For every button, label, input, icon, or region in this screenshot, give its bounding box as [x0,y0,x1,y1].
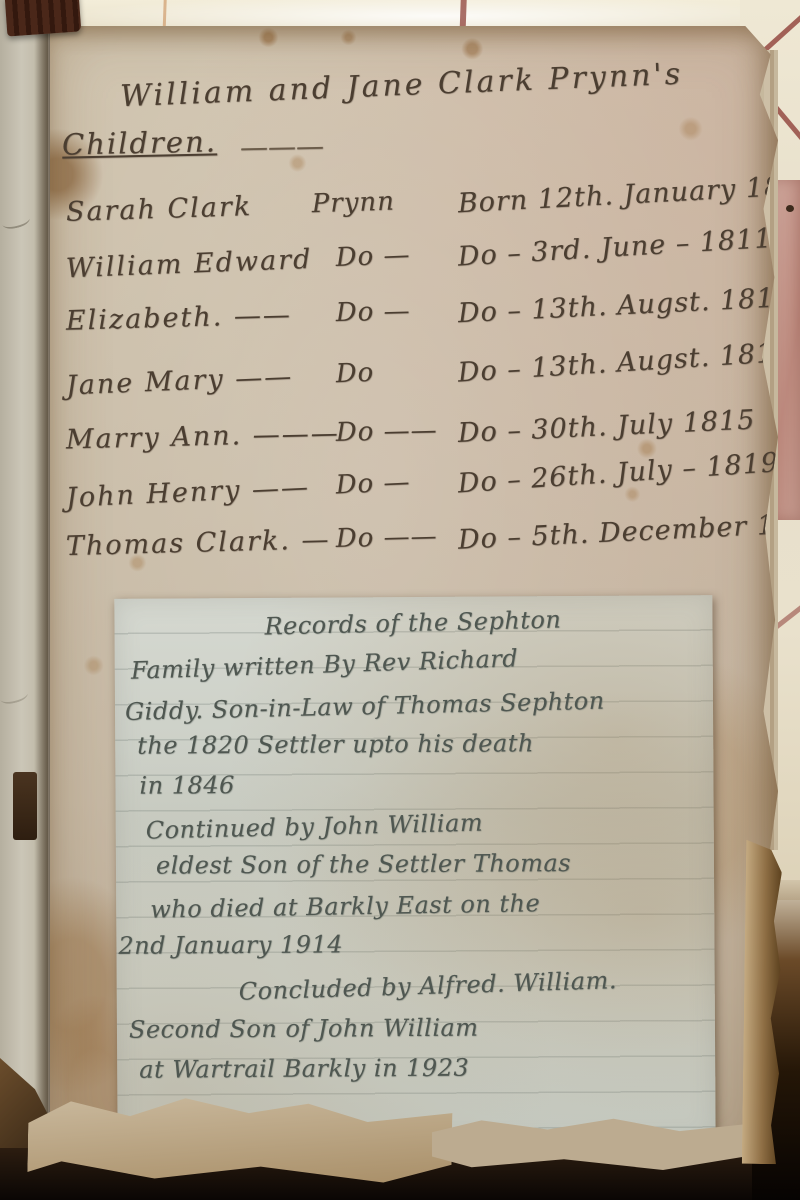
note-line: who died at Barkly East on the [150,889,540,923]
ditto-cell: Do — [335,296,411,328]
note-line: Continued by John William [145,809,483,845]
child-name: William Edward [65,244,313,284]
ink-showthrough-mark [0,687,29,706]
birth-cell: Do – 30th. July 1815 [457,405,756,449]
note-line: in 1846 [139,771,235,800]
child-name: Elizabeth. —— [65,299,292,336]
note-line: the 1820 Settler upto his death [137,729,534,759]
child-name: Jane Mary —— [65,361,293,401]
register-row: Jane Mary —— Do Do – 13th. Augst. 1817 [49,341,778,417]
note-line: Second Son of John William [129,1014,479,1044]
note-line: at Wartrail Barkly in 1923 [139,1054,469,1084]
note-line: eldest Son of the Settler Thomas [156,849,571,880]
ditto-cell: Do —— [335,521,438,554]
birth-cell: Born 12th. January 1809 [457,170,800,220]
ditto-cell: Do [335,358,375,390]
register-subheading: Children. [62,124,218,161]
book-photograph: William and Jane Clark Prynn's Children.… [0,0,800,1200]
birth-cell: Do – 5th. December 1821 [457,507,800,555]
note-line: 2nd January 1914 [118,930,343,959]
ditto-cell: Do —— [335,415,437,447]
note-line: Giddy. Son-in-Law of Thomas Sephton [125,687,605,726]
pasted-note: Records of the Sephton Family written By… [114,595,715,1148]
note-line: Family written By Rev Richard [130,644,518,684]
child-name: Thomas Clark. — [66,524,331,562]
child-name: Marry Ann. ——— [66,418,341,456]
book-spine [5,0,82,37]
note-line: Records of the Sephton [264,606,561,641]
debris-speck [786,205,794,212]
ditto-cell: Do — [335,240,411,273]
child-name: John Henry —— [65,472,310,514]
child-name: Sarah Clark [65,191,252,228]
birth-cell: Do – 3rd. June – 1811 [457,223,773,273]
ink-showthrough-mark [1,212,31,231]
heading-dash: ——— [240,129,325,163]
register-heading: William and Jane Clark Prynn's [120,57,684,115]
ditto-cell: Do — [335,467,411,500]
surname-cell: Prynn [311,187,395,220]
binding-patch [13,772,37,840]
birth-cell: Do – 13th. Augst. 1817 [457,337,793,389]
birth-cell: Do – 13th. Augst. 1813 [457,282,793,329]
note-line: Concluded by Alfred. William. [238,966,617,1006]
